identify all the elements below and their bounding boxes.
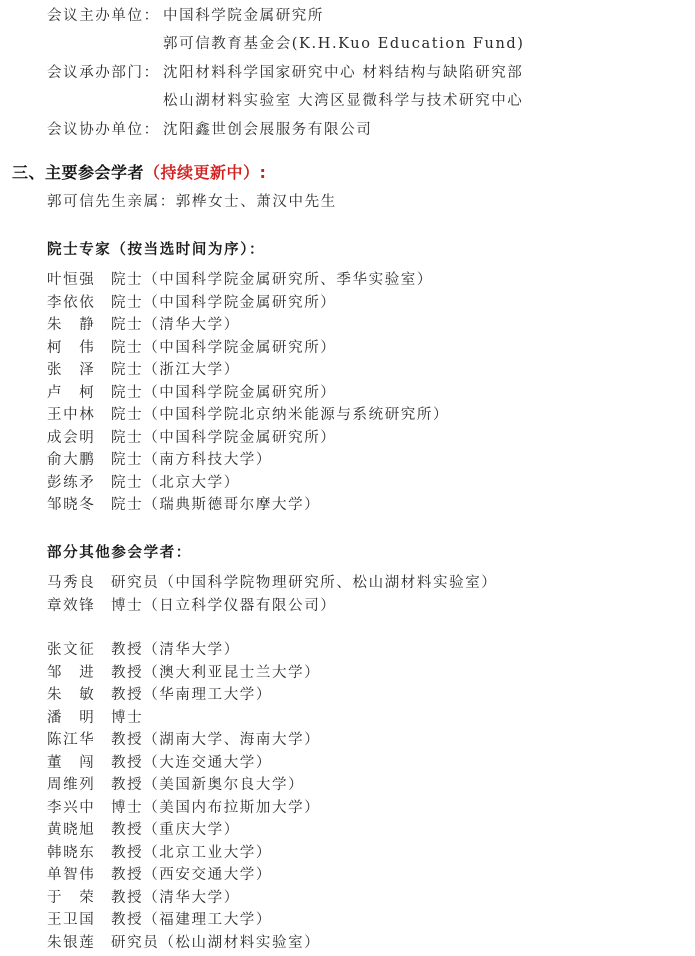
- person-title: 教授: [111, 912, 143, 928]
- list-item: 董 闯教授（大连交通大学）: [47, 753, 272, 773]
- person-affiliation: （松山湖材料实验室）: [159, 935, 320, 951]
- person-title: 研究员: [111, 575, 159, 591]
- person-name: 董 闯: [47, 753, 105, 773]
- person-name: 卢 柯: [47, 383, 105, 403]
- person-affiliation: （中国科学院金属研究所、季华实验室）: [143, 272, 433, 288]
- person-title: 教授: [111, 777, 143, 793]
- person-title: 教授: [111, 732, 143, 748]
- list-item: 彭练矛院士（北京大学）: [47, 473, 240, 493]
- person-title: 教授: [111, 890, 143, 906]
- person-title: 院士: [111, 497, 143, 513]
- person-name: 朱 静: [47, 315, 105, 335]
- organizer-value: 中国科学院金属研究所: [163, 6, 324, 26]
- person-affiliation: （中国科学院金属研究所）: [143, 385, 336, 401]
- person-name: 张文征: [47, 640, 105, 660]
- person-title: 院士: [111, 340, 143, 356]
- person-affiliation: （清华大学）: [143, 642, 240, 658]
- person-title: 院士: [111, 407, 143, 423]
- list-item: 邹晓冬院士（瑞典斯德哥尔摩大学）: [47, 495, 320, 515]
- person-title: 博士: [111, 800, 143, 816]
- person-name: 于 荣: [47, 888, 105, 908]
- list-item: 成会明院士（中国科学院金属研究所）: [47, 428, 336, 448]
- person-name: 单智伟: [47, 865, 105, 885]
- person-name: 王卫国: [47, 910, 105, 930]
- person-affiliation: （中国科学院金属研究所）: [143, 295, 336, 311]
- person-name: 邹 进: [47, 663, 105, 683]
- list-item: 朱银莲研究员（松山湖材料实验室）: [47, 933, 320, 953]
- person-name: 邹晓冬: [47, 495, 105, 515]
- person-title: 院士: [111, 295, 143, 311]
- person-title: 院士: [111, 430, 143, 446]
- person-title: 院士: [111, 452, 143, 468]
- person-title: 院士: [111, 272, 143, 288]
- person-name: 柯 伟: [47, 338, 105, 358]
- person-title: 院士: [111, 317, 143, 333]
- list-item: 邹 进教授（澳大利亚昆士兰大学）: [47, 663, 320, 683]
- list-item: 韩晓东教授（北京工业大学）: [47, 843, 272, 863]
- person-affiliation: （西安交通大学）: [143, 867, 272, 883]
- list-item: 周维列教授（美国新奥尔良大学）: [47, 775, 304, 795]
- list-item: 卢 柯院士（中国科学院金属研究所）: [47, 383, 336, 403]
- person-affiliation: （北京工业大学）: [143, 845, 272, 861]
- person-name: 李依依: [47, 293, 105, 313]
- person-title: 教授: [111, 755, 143, 771]
- person-affiliation: （湖南大学、海南大学）: [143, 732, 320, 748]
- person-title: 博士: [111, 710, 143, 726]
- organizer-label: 会议协办单位：: [47, 120, 160, 140]
- others-heading: 部分其他参会学者：: [47, 541, 192, 562]
- person-name: 俞大鹏: [47, 450, 105, 470]
- person-name: 黄晓旭: [47, 820, 105, 840]
- person-affiliation: （瑞典斯德哥尔摩大学）: [143, 497, 320, 513]
- academicians-heading: 院士专家（按当选时间为序）：: [47, 238, 265, 259]
- person-affiliation: （中国科学院北京纳米能源与系统研究所）: [143, 407, 449, 423]
- organizer-value: 沈阳材料科学国家研究中心 材料结构与缺陷研究部: [163, 63, 523, 83]
- person-affiliation: （重庆大学）: [143, 822, 240, 838]
- person-affiliation: （中国科学院金属研究所）: [143, 430, 336, 446]
- person-title: 教授: [111, 687, 143, 703]
- list-item: 李依依院士（中国科学院金属研究所）: [47, 293, 336, 313]
- list-item: 潘 明博士: [47, 708, 143, 728]
- person-name: 叶恒强: [47, 270, 105, 290]
- list-item: 李兴中博士（美国内布拉斯加大学）: [47, 798, 320, 818]
- update-note: （持续更新中）:: [144, 163, 266, 182]
- person-affiliation: （清华大学）: [143, 890, 240, 906]
- list-item: 柯 伟院士（中国科学院金属研究所）: [47, 338, 336, 358]
- section-heading: 三、主要参会学者（持续更新中）:: [12, 160, 266, 183]
- person-name: 陈江华: [47, 730, 105, 750]
- organizer-value: 郭可信教育基金会(K.H.Kuo Education Fund): [163, 34, 525, 54]
- person-name: 成会明: [47, 428, 105, 448]
- section-title: 三、主要参会学者: [12, 163, 144, 182]
- person-affiliation: （浙江大学）: [143, 362, 240, 378]
- person-title: 教授: [111, 845, 143, 861]
- person-affiliation: （澳大利亚昆士兰大学）: [143, 665, 320, 681]
- list-item: 章效锋博士（日立科学仪器有限公司）: [47, 596, 336, 616]
- list-item: 陈江华教授（湖南大学、海南大学）: [47, 730, 320, 750]
- person-name: 张 泽: [47, 360, 105, 380]
- organizer-value: 沈阳鑫世创会展服务有限公司: [163, 120, 372, 140]
- list-item: 张 泽院士（浙江大学）: [47, 360, 240, 380]
- list-item: 马秀良研究员（中国科学院物理研究所、松山湖材料实验室）: [47, 573, 497, 593]
- person-affiliation: （中国科学院金属研究所）: [143, 340, 336, 356]
- person-title: 院士: [111, 385, 143, 401]
- person-name: 周维列: [47, 775, 105, 795]
- list-item: 朱 敏教授（华南理工大学）: [47, 685, 272, 705]
- person-name: 朱 敏: [47, 685, 105, 705]
- person-title: 院士: [111, 362, 143, 378]
- person-affiliation: （大连交通大学）: [143, 755, 272, 771]
- person-affiliation: （福建理工大学）: [143, 912, 272, 928]
- list-item: 朱 静院士（清华大学）: [47, 315, 240, 335]
- person-name: 彭练矛: [47, 473, 105, 493]
- list-item: 单智伟教授（西安交通大学）: [47, 865, 272, 885]
- person-affiliation: （华南理工大学）: [143, 687, 272, 703]
- person-affiliation: （中国科学院物理研究所、松山湖材料实验室）: [159, 575, 497, 591]
- person-affiliation: （南方科技大学）: [143, 452, 272, 468]
- organizer-label: 会议主办单位：: [47, 6, 160, 26]
- person-affiliation: （清华大学）: [143, 317, 240, 333]
- list-item: 王中林院士（中国科学院北京纳米能源与系统研究所）: [47, 405, 449, 425]
- person-title: 教授: [111, 867, 143, 883]
- person-affiliation: （日立科学仪器有限公司）: [143, 598, 336, 614]
- organizer-label: 会议承办部门：: [47, 63, 160, 83]
- person-name: 王中林: [47, 405, 105, 425]
- person-affiliation: （美国内布拉斯加大学）: [143, 800, 320, 816]
- person-name: 马秀良: [47, 573, 105, 593]
- list-item: 俞大鹏院士（南方科技大学）: [47, 450, 272, 470]
- list-item: 叶恒强院士（中国科学院金属研究所、季华实验室）: [47, 270, 433, 290]
- organizer-value: 松山湖材料实验室 大湾区显微科学与技术研究中心: [163, 91, 523, 111]
- person-title: 教授: [111, 822, 143, 838]
- list-item: 张文征教授（清华大学）: [47, 640, 240, 660]
- person-name: 潘 明: [47, 708, 105, 728]
- person-name: 朱银莲: [47, 933, 105, 953]
- list-item: 于 荣教授（清华大学）: [47, 888, 240, 908]
- person-affiliation: （美国新奥尔良大学）: [143, 777, 304, 793]
- relatives-line: 郭可信先生亲属：郭桦女士、萧汉中先生: [47, 192, 337, 212]
- person-title: 研究员: [111, 935, 159, 951]
- person-name: 李兴中: [47, 798, 105, 818]
- person-title: 教授: [111, 665, 143, 681]
- person-title: 教授: [111, 642, 143, 658]
- person-name: 章效锋: [47, 596, 105, 616]
- person-name: 韩晓东: [47, 843, 105, 863]
- person-title: 博士: [111, 598, 143, 614]
- list-item: 王卫国教授（福建理工大学）: [47, 910, 272, 930]
- person-affiliation: （北京大学）: [143, 475, 240, 491]
- list-item: 黄晓旭教授（重庆大学）: [47, 820, 240, 840]
- person-title: 院士: [111, 475, 143, 491]
